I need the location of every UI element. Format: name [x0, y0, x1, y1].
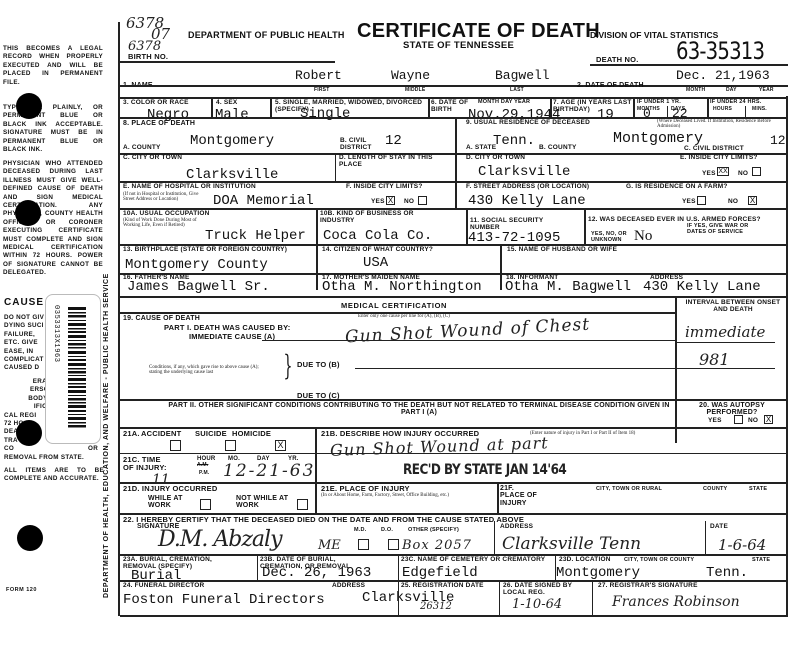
city-column-label: CITY, TOWN OR RURAL	[596, 487, 662, 493]
one-cause-note: Enter only one cause per line for (A), (…	[358, 314, 450, 319]
county-label: A. COUNTY	[123, 145, 161, 152]
other-value: Box 2057	[402, 538, 472, 553]
suicide-label: SUICIDE	[195, 430, 227, 438]
birthplace: Montgomery County	[125, 258, 268, 272]
department-name: DEPARTMENT OF PUBLIC HEALTH	[188, 30, 345, 40]
citizen-label: 14. CITIZEN OF WHAT COUNTRY?	[322, 247, 433, 254]
due-to-b-label: DUE TO (B)	[297, 361, 340, 369]
death-number: 63-35313	[676, 37, 764, 65]
not-while-at-work-checkbox[interactable]	[297, 499, 308, 510]
accuracy-notice: ALL ITEMS ARE TO BE COMPLETE AND ACCURAT…	[4, 467, 104, 484]
spouse-label: 15. NAME OF HUSBAND OR WIFE	[507, 247, 617, 254]
row-line	[120, 453, 788, 454]
row-line	[675, 368, 775, 369]
inside-limits-label: E. INSIDE CITY LIMITS?	[680, 155, 758, 162]
service-dates-label: IF YES, GIVE WAR OR DATES OF SERVICE	[687, 224, 757, 236]
injury-occurred-label: 21D. INJURY OCCURRED	[123, 485, 217, 493]
row-line	[262, 340, 675, 341]
removal-notice-last: REMOVAL FROM STATE.	[4, 454, 104, 462]
birth-no-label: BIRTH NO.	[128, 53, 168, 61]
year-label: YEAR	[759, 88, 774, 93]
divider	[335, 153, 336, 182]
burial-location-label: 23D. LOCATION	[559, 557, 611, 564]
business-label: 10B. KIND OF BUSINESS OR INDUSTRY	[320, 211, 430, 225]
medical-certification-heading: MEDICAL CERTIFICATION	[341, 302, 447, 310]
father-name: James Bagwell Sr.	[127, 280, 270, 294]
birthplace-label: 13. BIRTHPLACE (State or Foreign Country…	[123, 247, 287, 254]
row-line	[120, 273, 788, 275]
registrar-signature-label: 27. REGISTRAR'S SIGNATURE	[598, 583, 698, 590]
interval-label: INTERVAL BETWEEN ONSET AND DEATH	[680, 300, 786, 314]
divider	[398, 580, 399, 616]
city-label: C. CITY OR TOWN	[123, 155, 182, 162]
cemetery: Edgefield	[402, 566, 478, 580]
ssn: 413-72-1095	[468, 231, 560, 245]
am-label: A.M.	[197, 463, 208, 468]
divider	[745, 106, 746, 117]
barcode-number: 0353313X1963	[52, 305, 60, 363]
other-label: OTHER (SPECIFY)	[408, 528, 459, 534]
death-no-line	[590, 64, 788, 66]
divider	[211, 97, 213, 117]
autopsy-no-checkbox[interactable]: X	[764, 415, 773, 424]
physician-title: ME	[318, 538, 341, 553]
divider	[707, 97, 709, 117]
date-of-death-label: 2. DATE OF DEATH	[577, 82, 644, 89]
first-name: Robert	[295, 69, 342, 82]
farm-label: G. IS RESIDENCE ON A FARM?	[626, 184, 728, 191]
county-label: B. COUNTY	[539, 145, 577, 152]
occupation: Truck Helper	[205, 229, 306, 243]
cause-notice-fragment: DO NOT GIVDYING SUCIFAILURE,ETC. GIVEEAS…	[4, 314, 49, 373]
divider	[455, 117, 457, 208]
citizen: USA	[363, 256, 388, 270]
last-name: Bagwell	[495, 69, 550, 82]
state-column-label: STATE	[749, 487, 767, 493]
not-while-at-work-label: NOT WHILE AT WORK	[236, 495, 291, 510]
form-number: FORM 120	[6, 587, 37, 593]
row-line	[120, 482, 788, 484]
divider	[675, 296, 677, 443]
county-column-label: COUNTY	[703, 487, 727, 493]
business: Coca Cola Co.	[323, 229, 432, 243]
death-no-label: DEATH NO.	[596, 56, 639, 64]
marital-label: 5. SINGLE, MARRIED, WIDOWED, DIVORCED (S…	[275, 100, 435, 114]
date-of-death: Dec. 21,1963	[676, 69, 770, 82]
address-label: ADDRESS	[500, 524, 533, 531]
date-signed-label: 26. DATE SIGNED BY LOCAL REG.	[503, 583, 583, 597]
last-label: LAST	[510, 88, 524, 93]
form-left-border	[118, 22, 120, 616]
while-at-work-label: WHILE AT WORK	[148, 495, 193, 510]
residence-label: 9. USUAL RESIDENCE OF DECEASED	[466, 120, 590, 127]
divider	[592, 580, 593, 616]
informant-name: Otha M. Bagwell	[505, 280, 631, 294]
location-sublabel: CITY, TOWN OR COUNTY	[624, 558, 694, 564]
inside-limits-no-checkbox[interactable]	[418, 196, 427, 205]
residence-district: 12	[770, 134, 786, 147]
accident-checkbox[interactable]	[170, 440, 181, 451]
accident-label: ACCIDENT	[141, 430, 181, 438]
state-label: A. STATE	[466, 145, 496, 152]
burial-date: Dec. 26, 1963	[262, 566, 371, 580]
punch-hole	[15, 200, 41, 226]
divider	[494, 521, 495, 554]
informant-address: 430 Kelly Lane	[643, 280, 761, 294]
time-of-injury-label: 21C. TIME OF INJURY:	[123, 456, 167, 472]
cause-of-death-label: 19. CAUSE OF DEATH	[123, 315, 200, 322]
age-label: 7. AGE (IN YEARS LAST BIRTHDAY)	[553, 100, 635, 114]
armed-forces-value: No	[634, 229, 652, 244]
divider	[497, 482, 499, 513]
injury-date: 12-21-63	[223, 461, 315, 481]
divider	[257, 554, 258, 580]
do-checkbox[interactable]	[388, 539, 399, 550]
mins-label: MINS.	[752, 107, 767, 112]
divider	[667, 106, 668, 117]
state-name: STATE OF TENNESSEE	[403, 40, 514, 51]
color-label: 3. COLOR OR RACE	[123, 100, 193, 107]
residence-note: (Where Deceased Lived. If Institution, R…	[657, 119, 785, 130]
divider	[584, 208, 586, 244]
autopsy-yes-checkbox[interactable]	[734, 415, 743, 424]
divider	[500, 244, 502, 290]
burial-state: Tenn.	[706, 566, 748, 580]
interval-code: 981	[699, 350, 730, 369]
address-label: ADDRESS	[332, 583, 365, 590]
civil-district-label: B. CIVIL DISTRICT	[340, 138, 390, 152]
divider	[550, 97, 552, 117]
interval-value: immediate	[685, 323, 765, 341]
month-label: MONTH	[686, 88, 705, 93]
barcode-label: 0353313X1963	[45, 294, 101, 444]
residence-city: Clarksville	[478, 165, 570, 179]
hospital-name: DOA Memorial	[213, 194, 314, 208]
cemetery-label: 23C. NAME OF Cemetery or Crematory	[401, 557, 545, 564]
residence-street: 430 Kelly Lane	[468, 194, 586, 208]
death-city: Clarksville	[186, 168, 278, 182]
date-signed: 1-10-64	[512, 597, 562, 612]
homicide-checkbox[interactable]: X	[275, 440, 286, 451]
street-label: F. STREET ADDRESS (OR LOCATION)	[466, 184, 589, 191]
md-label: M.D.	[354, 528, 366, 534]
birth-no-line	[120, 61, 335, 63]
no-label: NO	[728, 199, 738, 206]
immediate-cause-value: Gun Shot Wound of Chest	[345, 315, 591, 348]
received-stamp: REC'D BY STATE JAN 14'64	[403, 461, 566, 478]
row-line	[675, 342, 775, 343]
hours-label: HOURS	[713, 107, 732, 112]
row-line	[355, 368, 675, 369]
yes-label: YES	[708, 418, 722, 425]
yes-label: YES	[682, 199, 696, 206]
farm-yes-checkbox[interactable]	[697, 196, 706, 205]
birth-date-sublabel: MONTH DAY YEAR	[478, 100, 530, 106]
divider	[633, 97, 635, 117]
pm-label: P.M.	[199, 471, 209, 476]
yes-label: YES	[702, 171, 716, 178]
residence-state: Tenn.	[493, 134, 535, 148]
md-checkbox[interactable]	[358, 539, 369, 550]
registration-number: 26312	[420, 601, 452, 612]
divider	[705, 521, 706, 554]
inside-limits-yes-checkbox[interactable]: X	[386, 196, 395, 205]
funeral-director-label: 24. FUNERAL DIRECTOR	[123, 583, 204, 590]
legal-record-notice: THIS BECOMES A LEGAL RECORD WHEN PROPERL…	[3, 45, 103, 87]
middle-name: Wayne	[391, 69, 430, 82]
hospital-label: E. NAME OF HOSPITAL OR INSTITUTION	[123, 184, 256, 191]
do-label: D.O.	[381, 528, 393, 534]
date-label: DATE	[710, 524, 728, 531]
divider	[270, 97, 272, 117]
occupation-label: 10A. USUAL OCCUPATION	[123, 211, 210, 218]
divider	[428, 97, 430, 117]
brace: }	[283, 352, 292, 380]
place-of-injury-note: (In or About Home, Farm, Factory, Street…	[321, 493, 496, 498]
place-of-death-label: 8. PLACE OF DEATH	[123, 120, 195, 127]
part2-label: PART II. OTHER SIGNIFICANT CONDITIONS CO…	[164, 402, 674, 417]
certifier-address: Clarksville Tenn	[502, 534, 641, 554]
day-label: DAY	[726, 88, 737, 93]
suicide-checkbox[interactable]	[225, 440, 236, 451]
age-value: 19	[597, 108, 614, 122]
conditions-note: Conditions, if any, which gave rise to a…	[149, 365, 267, 376]
manner-label: 21A.	[123, 430, 140, 438]
residence-county: Montgomery	[613, 131, 703, 146]
form-right-border	[786, 96, 788, 616]
first-label: FIRST	[314, 88, 329, 93]
no-label: NO	[404, 199, 414, 206]
residence-inside-no-checkbox[interactable]	[752, 167, 761, 176]
inside-limits-label: F. INSIDE CITY LIMITS?	[346, 184, 423, 191]
divider	[316, 208, 318, 290]
under-24h-label: IF UNDER 24 HRS.	[710, 100, 762, 106]
punch-hole	[17, 525, 43, 551]
no-label: NO	[748, 418, 758, 425]
physician-signature: D.M. Abzaly	[158, 527, 282, 552]
row-line	[120, 399, 788, 401]
city-label: D. CITY OR TOWN	[466, 155, 525, 162]
registration-label: 25. REGISTRATION DATE	[401, 583, 484, 590]
divider	[499, 580, 500, 616]
punch-hole	[16, 420, 42, 446]
yes-label: YES	[371, 199, 385, 206]
civil-district-label: C. CIVIL DISTRICT	[684, 146, 744, 153]
homicide-label: HOMICIDE	[232, 430, 271, 438]
under-1yr-label: IF UNDER 1 YR.	[637, 100, 681, 106]
row-line	[120, 208, 788, 210]
punch-hole	[16, 93, 42, 119]
state-sublabel: STATE	[752, 558, 770, 564]
burial-location: Montgomery	[556, 566, 640, 580]
vertical-department-text: DEPARTMENT OF HEALTH, EDUCATION, AND WEL…	[103, 273, 110, 598]
registrar-signature: Frances Robinson	[612, 594, 740, 610]
hospital-note: (If not in Hospital or Institution, Give…	[123, 192, 203, 203]
divider	[398, 554, 399, 580]
marital-value: Single	[300, 107, 350, 121]
certification-date: 1-6-64	[718, 536, 766, 554]
sex-value: Male	[215, 108, 249, 122]
no-label: NO	[738, 171, 748, 178]
part1-label: PART I. DEATH WAS CAUSED BY:	[164, 324, 290, 332]
place-of-injury-label: 21E. PLACE OF INJURY	[321, 485, 410, 493]
form-bottom-border	[120, 615, 788, 617]
funeral-director: Foston Funeral Directors	[123, 593, 325, 607]
middle-label: MIDDLE	[405, 88, 425, 93]
farm-no-checkbox[interactable]: X	[748, 196, 757, 205]
stay-label: D. LENGTH OF STAY IN THIS PLACE	[339, 155, 439, 169]
death-district: 12	[385, 134, 402, 148]
injury-location-label: 21F. PLACE OF INJURY	[500, 485, 540, 507]
sex-label: 4. SEX	[216, 100, 237, 107]
residence-inside-yes-checkbox[interactable]: XX	[717, 167, 729, 176]
death-county: Montgomery	[190, 134, 274, 148]
mother-name: Otha M. Northington	[322, 280, 482, 294]
while-at-work-checkbox[interactable]	[200, 499, 211, 510]
row-line	[120, 296, 788, 298]
certification-label: 22. I HEREBY CERTIFY THAT THE DECEASED D…	[123, 516, 524, 524]
occupation-note: (Kind of Work Done During Most of Workin…	[123, 218, 203, 229]
